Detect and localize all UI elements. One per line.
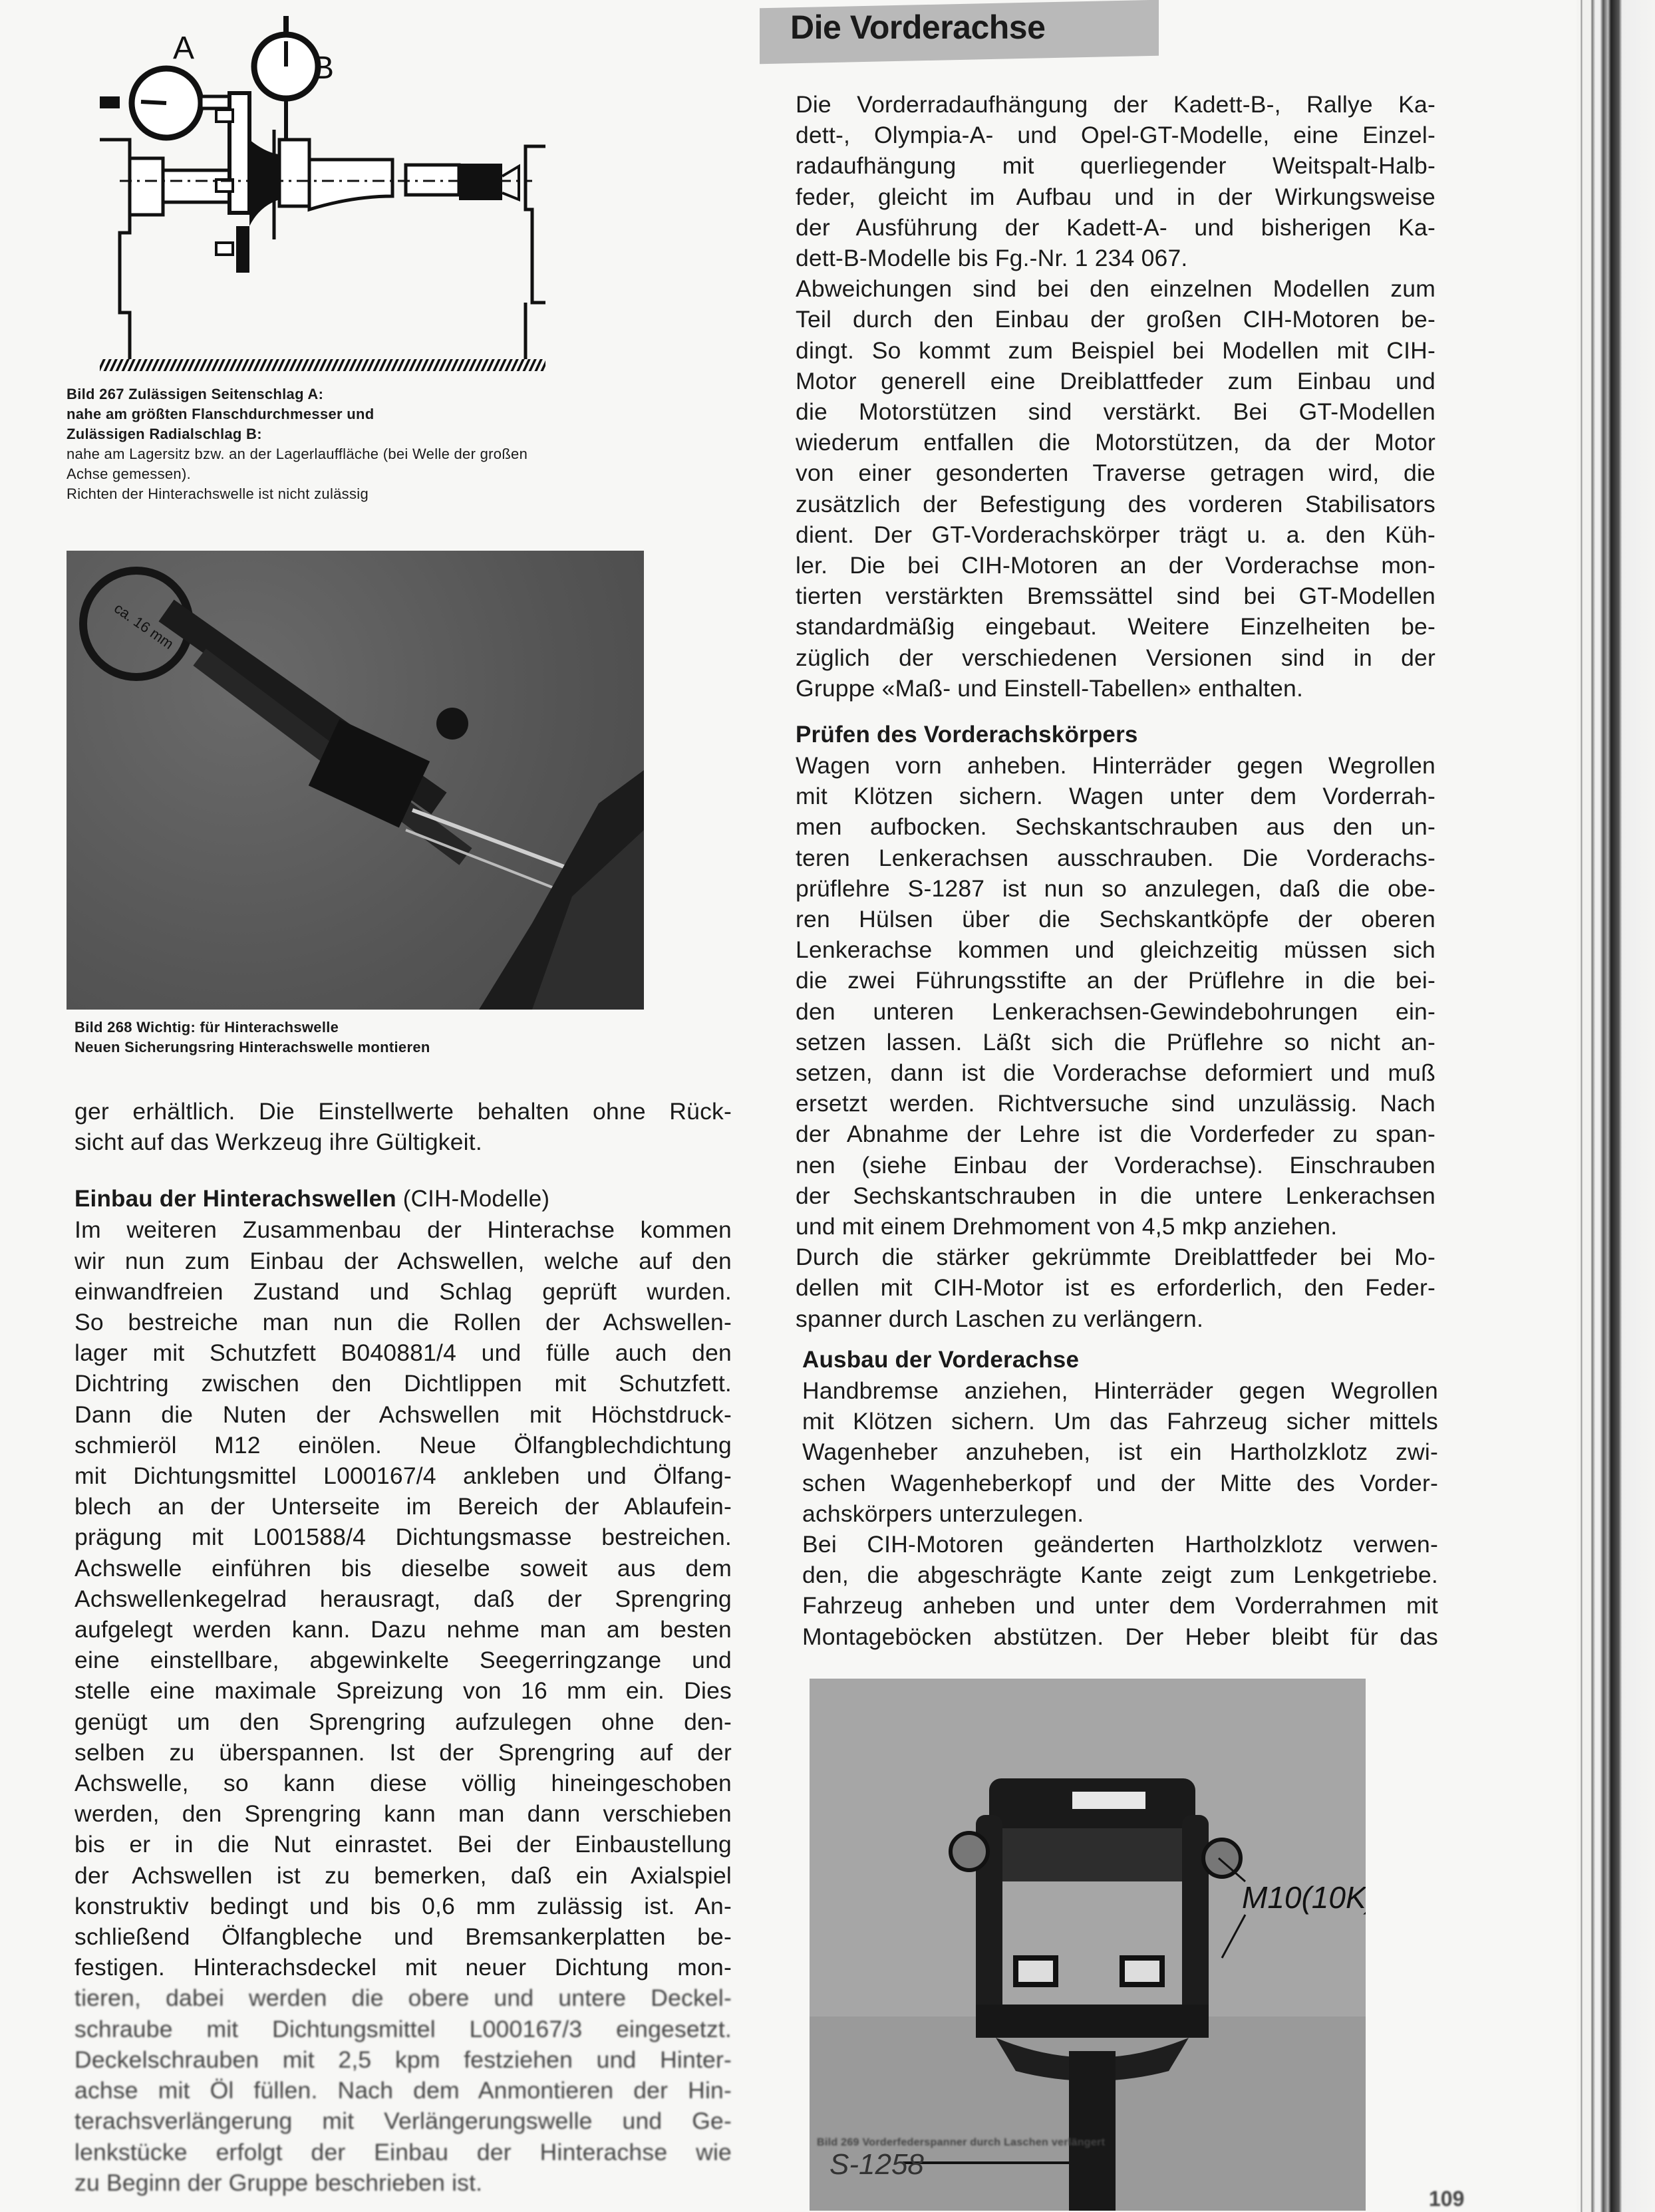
figure-267-caption: Bild 267 Zulässigen Seitenschlag A: nahe… bbox=[67, 384, 705, 504]
text-line: einwandfreien Zustand und Schlag geprüft… bbox=[75, 1276, 732, 1307]
text-line: ger erhältlich. Die Einstellwerte behalt… bbox=[75, 1096, 732, 1127]
text-line: lenkstücke erfolgt der Einbau der Hinter… bbox=[75, 2137, 732, 2167]
text-line: der Sechskantschrauben in die untere Len… bbox=[796, 1180, 1435, 1211]
text-line: Im weiteren Zusammenbau der Hinterachse … bbox=[75, 1214, 732, 1245]
text-line: mit Klötzen sichern. Um das Fahrzeug sic… bbox=[802, 1406, 1438, 1437]
text-line: stelle eine maximale Spreizung von 16 mm… bbox=[75, 1675, 732, 1706]
text-line: Achswelle einführen bis dieselbe soweit … bbox=[75, 1553, 732, 1584]
text-line: ersetzt werden. Richtversuche sind unzul… bbox=[796, 1088, 1435, 1119]
text-line: schließend Ölfangbleche und Bremsankerpl… bbox=[75, 1921, 732, 1952]
figure-268-photo: ca. 16 mm bbox=[67, 551, 644, 1010]
text-line: mit Dichtungsmittel L000167/4 ankleben u… bbox=[75, 1460, 732, 1491]
text-line: die Motorstützen sind verstärkt. Bei GT-… bbox=[796, 396, 1435, 427]
page-title: Die Vorderachse bbox=[790, 8, 1045, 47]
text-line: sicht auf das Werkzeug ihre Gültigkeit. bbox=[75, 1127, 732, 1157]
text-line: eine einstellbare, abgewinkelte Seegerri… bbox=[75, 1645, 732, 1675]
text-line: der Achswellen ist zu bemerken, daß ein … bbox=[75, 1860, 732, 1891]
caption-line: nahe am Lagersitz bzw. an der Lagerlauff… bbox=[67, 444, 705, 464]
text-line: terachsverlängerung mit Verlängerungswel… bbox=[75, 2106, 732, 2136]
redacted-text-block: tieren, dabei werden die obere und unter… bbox=[75, 1983, 732, 2197]
text-line: der Abnahme der Lehre ist die Vorderfede… bbox=[796, 1119, 1435, 1149]
left-column-text: ger erhältlich. Die Einstellwerte behalt… bbox=[75, 1096, 732, 2198]
text-line: genügt um den Sprengring aufzulegen ohne… bbox=[75, 1707, 732, 1737]
figure-267-diagram: A B bbox=[100, 7, 685, 372]
caption-line: Bild 267 Zulässigen Seitenschlag A: bbox=[67, 384, 705, 404]
text-line: Durch die stärker gekrümmte Dreiblattfed… bbox=[796, 1242, 1435, 1272]
figure-269-photo: M10(10K) S-1258 bbox=[810, 1679, 1366, 2211]
text-line: Wagen vorn anheben. Hinterräder gegen We… bbox=[796, 750, 1435, 781]
text-line: und mit einem Drehmoment von 4,5 mkp anz… bbox=[796, 1211, 1435, 1242]
section-heading-pruefen: Prüfen des Vorderachskörpers bbox=[796, 720, 1435, 750]
text-line: tieren, dabei werden die obere und unter… bbox=[75, 1983, 732, 2013]
text-line: achskörpers unterzulegen. bbox=[802, 1498, 1438, 1529]
text-line: nen (siehe Einbau der Vorderachse). Eins… bbox=[796, 1150, 1435, 1180]
text-line: dellen mit CIH-Motor ist es erforderlich… bbox=[796, 1272, 1435, 1303]
text-line: teren Lenkerachsen ausschrauben. Die Vor… bbox=[796, 843, 1435, 873]
page-number: 109 bbox=[1429, 2187, 1464, 2211]
text-line: dingt. So kommt zum Beispiel bei Modelle… bbox=[796, 335, 1435, 366]
text-line: achse mit Öl füllen. Nach dem Anmontiere… bbox=[75, 2075, 732, 2106]
text-line: lager mit Schutzfett B040881/4 und fülle… bbox=[75, 1337, 732, 1368]
text-line: prüflehre S-1287 ist nun so anzulegen, d… bbox=[796, 873, 1435, 904]
svg-text:A: A bbox=[173, 31, 194, 66]
text-line: Achswellenkegelrad herausragt, daß der S… bbox=[75, 1584, 732, 1614]
text-line: den unteren Lenkerachsen-Gewindebohrunge… bbox=[796, 996, 1435, 1027]
axle-runout-diagram: A B bbox=[100, 7, 685, 372]
text-line: von einer gesonderten Traverse getragen … bbox=[796, 458, 1435, 488]
text-line: den, die abgeschrägte Kante zeigt zum Le… bbox=[802, 1560, 1438, 1590]
figure-269-caption: Bild 269 Vorderfederspanner durch Lasche… bbox=[817, 2136, 1362, 2149]
text-line: Deckelschrauben mit 2,5 kpm festziehen u… bbox=[75, 2044, 732, 2075]
figure-268-caption: Bild 268 Wichtig: für Hinterachswelle Ne… bbox=[75, 1018, 673, 1057]
text-line: Teil durch den Einbau der großen CIH-Mot… bbox=[796, 304, 1435, 335]
section-heading-ausbau: Ausbau der Vorderachse bbox=[802, 1345, 1438, 1375]
text-line: werden, den Sprengring kann man dann ver… bbox=[75, 1798, 732, 1829]
text-line: mit Klötzen sichern. Wagen unter dem Vor… bbox=[796, 781, 1435, 811]
caption-line: nahe am größten Flanschdurchmesser und bbox=[67, 404, 705, 424]
text-line: tierten verstärkten Bremssättel sind bei… bbox=[796, 581, 1435, 611]
text-line: Dichtring zwischen den Dichtlippen mit S… bbox=[75, 1368, 732, 1399]
text-line: Die Vorderradaufhängung der Kadett-B-, R… bbox=[796, 89, 1435, 120]
book-binding-edge bbox=[1577, 0, 1655, 2212]
spring-compressor-illustration: M10(10K) S-1258 bbox=[810, 1679, 1366, 2211]
text-line: konstruktiv bedingt und bis 0,6 mm zuläs… bbox=[75, 1891, 732, 1921]
right-column-text: Die Vorderradaufhängung der Kadett-B-, R… bbox=[796, 89, 1435, 704]
svg-text:B: B bbox=[313, 51, 334, 86]
text-line: aufgelegt werden kann. Dazu nehme man am… bbox=[75, 1614, 732, 1645]
text-line: der Ausführung der Kadett-A- und bisheri… bbox=[796, 212, 1435, 243]
section-ausbau: Ausbau der Vorderachse Handbremse anzieh… bbox=[802, 1345, 1438, 1652]
text-line: bis er in die Nut einrastet. Bei der Ein… bbox=[75, 1829, 732, 1860]
text-line: Dann die Nuten der Achswellen mit Höchst… bbox=[75, 1399, 732, 1430]
section-heading-text: Einbau der Hinterachswellen bbox=[75, 1186, 396, 1212]
text-line: setzen lassen. Läßt sich die Prüflehre s… bbox=[796, 1027, 1435, 1057]
text-line: selben zu überspannen. Ist der Sprengrin… bbox=[75, 1737, 732, 1768]
text-line: feder, gleicht im Aufbau und in der Wirk… bbox=[796, 182, 1435, 212]
text-line: spanner durch Laschen zu verlängern. bbox=[796, 1304, 1435, 1334]
svg-text:S-1258: S-1258 bbox=[829, 2148, 924, 2181]
text-line: züglich der verschiedenen Versionen sind… bbox=[796, 642, 1435, 673]
text-line: setzen, dann ist die Vorderachse deformi… bbox=[796, 1057, 1435, 1088]
text-line: zu Beginn der Gruppe beschrieben ist. bbox=[75, 2167, 732, 2198]
text-line: Gruppe «Maß- und Einstell-Tabellen» enth… bbox=[796, 673, 1435, 704]
svg-text:M10(10K): M10(10K) bbox=[1242, 1880, 1366, 1915]
text-line: wiederum entfallen die Motorstützen, da … bbox=[796, 427, 1435, 458]
text-line: dett-B-Modelle bis Fg.-Nr. 1 234 067. bbox=[796, 243, 1435, 273]
text-line: festigen. Hinterachsdeckel mit neuer Dic… bbox=[75, 1952, 732, 1983]
text-line: Wagenheber anzuheben, ist ein Hartholzkl… bbox=[802, 1437, 1438, 1467]
text-line: Bei CIH-Motoren geänderten Hartholzklotz… bbox=[802, 1529, 1438, 1560]
text-line: schen Wagenheberkopf und der Mitte des V… bbox=[802, 1468, 1438, 1498]
text-line: zusätzlich der Befestigung des vorderen … bbox=[796, 489, 1435, 519]
text-line: Lenkerachse kommen und gleichzeitig müss… bbox=[796, 934, 1435, 965]
section-heading-hinterachswellen: Einbau der Hinterachswellen (CIH-Modelle… bbox=[75, 1184, 732, 1214]
text-line: Fahrzeug anheben und unter dem Vorderrah… bbox=[802, 1590, 1438, 1621]
text-line: dett-, Olympia-A- und Opel-GT-Modelle, e… bbox=[796, 120, 1435, 150]
text-line: schmieröl M12 einölen. Neue Ölfangblechd… bbox=[75, 1430, 732, 1460]
text-line: Handbremse anziehen, Hinterräder gegen W… bbox=[802, 1375, 1438, 1406]
text-line: ler. Die bei CIH-Motoren an der Vorderac… bbox=[796, 550, 1435, 581]
text-line: dient. Der GT-Vorderachskörper trägt u. … bbox=[796, 519, 1435, 550]
caption-line: Zulässigen Radialschlag B: bbox=[67, 424, 705, 444]
text-line: wir nun zum Einbau der Achswellen, welch… bbox=[75, 1246, 732, 1276]
text-line: prägung mit L001588/4 Dichtungsmasse bes… bbox=[75, 1522, 732, 1552]
text-line: Achswelle, so kann diese völlig hineinge… bbox=[75, 1768, 732, 1798]
caption-line: Richten der Hinterachswelle ist nicht zu… bbox=[67, 484, 705, 504]
text-line: Montageböcken abstützen. Der Heber bleib… bbox=[802, 1621, 1438, 1652]
text-line: So bestreiche man nun die Rollen der Ach… bbox=[75, 1307, 732, 1337]
text-line: blech an der Unterseite im Bereich der A… bbox=[75, 1491, 732, 1522]
text-line: Motor generell eine Dreiblattfeder zum E… bbox=[796, 366, 1435, 396]
section-heading-suffix: (CIH-Modelle) bbox=[396, 1186, 549, 1212]
caption-line: Achse gemessen). bbox=[67, 464, 705, 484]
text-line: men aufbocken. Sechskantschrauben aus de… bbox=[796, 811, 1435, 842]
caption-line: Neuen Sicherungsring Hinterachswelle mon… bbox=[75, 1037, 673, 1057]
text-line: die zwei Führungsstifte an der Prüflehre… bbox=[796, 965, 1435, 996]
section-pruefen: Prüfen des Vorderachskörpers Wagen vorn … bbox=[796, 720, 1435, 1334]
text-line: standardmäßig eingebaut. Weitere Einzelh… bbox=[796, 611, 1435, 642]
text-line: schraube mit Dichtungsmittel L000167/3 e… bbox=[75, 2014, 732, 2044]
caption-line: Bild 268 Wichtig: für Hinterachswelle bbox=[75, 1018, 673, 1037]
text-line: radaufhängung mit querliegender Weitspal… bbox=[796, 150, 1435, 181]
circlip-pliers-illustration: ca. 16 mm bbox=[67, 551, 644, 1010]
text-line: ren Hülsen über die Sechskantköpfe der o… bbox=[796, 904, 1435, 934]
text-line: Abweichungen sind bei den einzelnen Mode… bbox=[796, 273, 1435, 304]
